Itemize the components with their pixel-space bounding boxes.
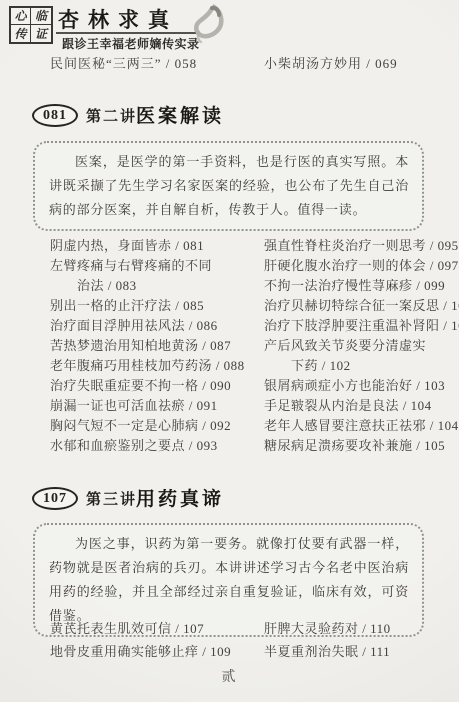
toc-entry: 别出一格的止汗疗法 / 085 [50, 296, 245, 316]
section-label: 第三讲 [86, 488, 137, 509]
toc-entry: 强直性脊柱炎治疗一则思考 / 095 [264, 236, 459, 256]
book-subtitle: 跟诊王幸福老师嫡传实录 [62, 35, 200, 52]
toc-entry: 苦热梦遗治用知柏地黄汤 / 087 [50, 336, 245, 356]
toc-entry: 阴虚内热，身面皆赤 / 081 [50, 236, 245, 256]
toc-entry: 肝硬化腹水治疗一则的体会 / 097 [264, 256, 459, 276]
section-label: 第二讲 [86, 105, 137, 126]
toc-entry: 产后风致关节炎要分清虚实 [264, 336, 459, 356]
section-page-badge: 107 [32, 487, 78, 510]
toc-entry: 老年腹痛巧用桂枝加芍药汤 / 088 [50, 356, 245, 376]
toc-entry: 水郁和血瘀鉴别之要点 / 093 [50, 436, 245, 456]
toc-entry: 民间医秘“三两三” / 058 [50, 53, 197, 72]
section-intro: 医案，是医学的第一手资料，也是行医的真实写照。本讲既采撷了先生学习名家医案的经验… [33, 141, 424, 231]
toc-entry: 手足皲裂从内治是良法 / 104 [264, 396, 459, 416]
toc-column-left: 黄芪托表生肌效可信 / 107 地骨皮重用确实能够止痒 / 109 [50, 617, 231, 663]
toc-column-right: 强直性脊柱炎治疗一则思考 / 095 肝硬化腹水治疗一则的体会 / 097 不拘… [264, 236, 459, 456]
section-page-badge: 081 [32, 104, 78, 127]
toc-column-left: 阴虚内热，身面皆赤 / 081 左臂疼痛与右臂疼痛的不同 治法 / 083 别出… [50, 236, 245, 456]
book-title: 杏林求真 [58, 4, 178, 34]
seal-char: 心 [11, 8, 31, 25]
toc-entry: 不拘一法治疗慢性荨麻疹 / 099 [264, 276, 459, 296]
seal-char: 临 [31, 8, 51, 25]
toc-entry: 治疗面目浮肿用祛风法 / 086 [50, 316, 245, 336]
book-page: 心 临 传 证 杏林求真 跟诊王幸福老师嫡传实录 民间医秘“三两三” / 058… [0, 0, 459, 702]
toc-column-right: 肝脾大灵验药对 / 110 半夏重剂治失眠 / 111 [264, 617, 391, 663]
section-title: 用药真谛 [136, 484, 224, 511]
toc-entry-wrap: 治法 / 083 [50, 276, 245, 296]
toc-entry: 胸闷气短不一定是心肺病 / 092 [50, 416, 245, 436]
toc-entry: 治疗贝赫切特综合征一案反思 / 100 [264, 296, 459, 316]
title-underline [56, 32, 196, 34]
page-number: 贰 [0, 666, 459, 686]
seal-char: 证 [31, 25, 51, 42]
toc-entry-wrap: 下药 / 102 [264, 356, 459, 376]
section-title: 医案解读 [136, 101, 224, 128]
ink-bird-illustration [183, 2, 229, 51]
toc-entry: 半夏重剂治失眠 / 111 [264, 640, 391, 663]
seal-char: 传 [11, 25, 31, 42]
toc-entry: 小柴胡汤方妙用 / 069 [264, 53, 398, 72]
toc-entry: 治疗下肢浮肿要注重温补肾阳 / 101 [264, 316, 459, 336]
series-seal-logo: 心 临 传 证 [9, 6, 53, 44]
toc-entry: 治疗失眠重症要不拘一格 / 090 [50, 376, 245, 396]
toc-entry: 左臂疼痛与右臂疼痛的不同 [50, 256, 245, 276]
toc-entry: 肝脾大灵验药对 / 110 [264, 617, 391, 640]
toc-entry: 地骨皮重用确实能够止痒 / 109 [50, 640, 231, 663]
toc-entry: 银屑病顽症小方也能治好 / 103 [264, 376, 459, 396]
toc-entry: 黄芪托表生肌效可信 / 107 [50, 617, 231, 640]
toc-entry: 糖尿病足溃疡要攻补兼施 / 105 [264, 436, 459, 456]
toc-entry: 老年人感冒要注意扶正祛邪 / 104 [264, 416, 459, 436]
toc-entry: 崩漏一证也可活血祛瘀 / 091 [50, 396, 245, 416]
